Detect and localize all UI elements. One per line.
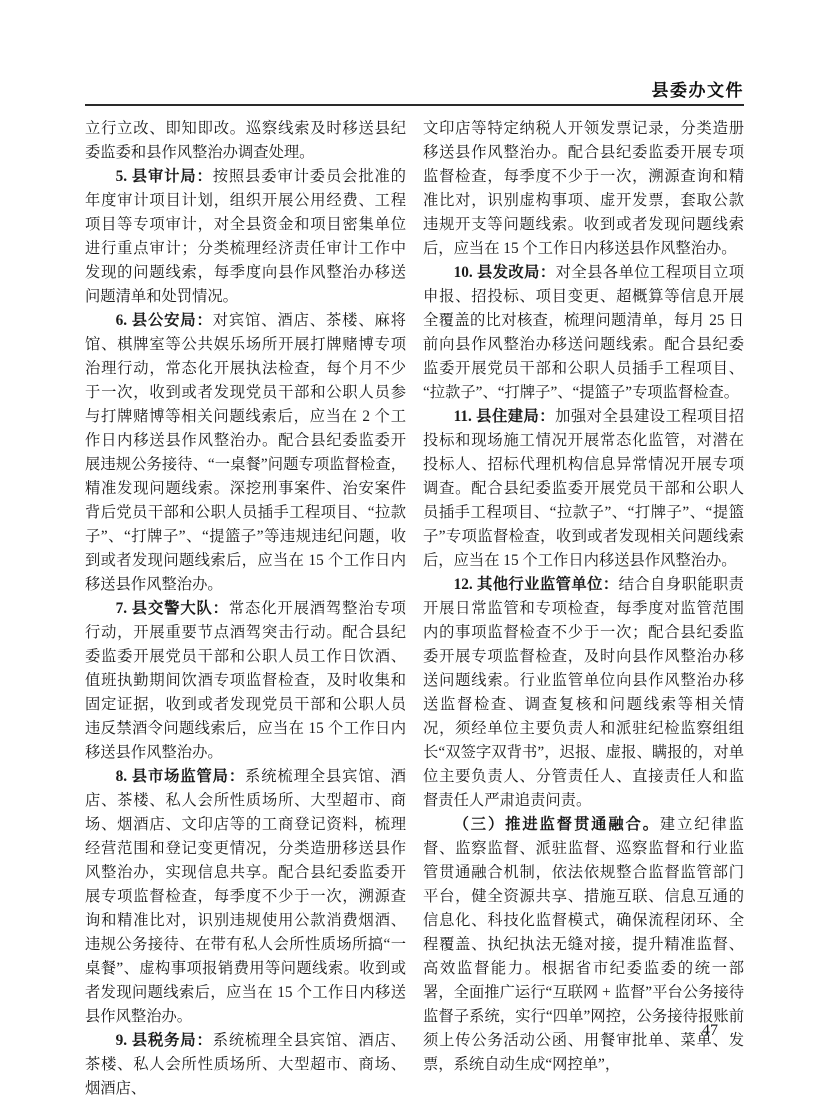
paragraph-lead: 7. 县交警大队： — [116, 600, 229, 617]
paragraph: 文印店等特定纳税人开领发票记录，分类造册移送县作风整治办。配合县纪委监委开展专项… — [423, 117, 744, 261]
paragraph: 立行立改、即知即改。巡察线索及时移送县纪委监委和县作风整治办调查处理。 — [85, 117, 406, 165]
paragraph: 7. 县交警大队：常态化开展酒驾整治专项行动，开展重要节点酒驾突击行动。配合县纪… — [85, 597, 406, 765]
paragraph: 8. 县市场监管局：系统梳理全县宾馆、酒店、茶楼、私人会所性质场所、大型超市、商… — [85, 765, 406, 1029]
paragraph: 12. 其他行业监管单位：结合自身职能职责开展日常监管和专项检查，每季度对监管范… — [423, 573, 744, 813]
paragraph: 11. 县住建局：加强对全县建设工程项目招投标和现场施工情况开展常态化监管，对潜… — [423, 405, 744, 573]
page-number: 47 — [702, 1022, 718, 1040]
paragraph: 9. 县税务局：系统梳理全县宾馆、酒店、茶楼、私人会所性质场所、大型超市、商场、… — [85, 1029, 406, 1099]
page-header-title: 县委办文件 — [652, 76, 745, 101]
document-page: 县委办文件 立行立改、即知即改。巡察线索及时移送县纪委监委和县作风整治办调查处理… — [0, 0, 816, 1099]
left-column: 立行立改、即知即改。巡察线索及时移送县纪委监委和县作风整治办调查处理。5. 县审… — [85, 117, 406, 1099]
paragraph-lead: 12. 其他行业监管单位： — [454, 576, 619, 593]
right-column: 文印店等特定纳税人开领发票记录，分类造册移送县作风整治办。配合县纪委监委开展专项… — [423, 117, 744, 1099]
text-columns: 立行立改、即知即改。巡察线索及时移送县纪委监委和县作风整治办调查处理。5. 县审… — [85, 117, 744, 1099]
paragraph-lead: 9. 县税务局： — [116, 1032, 213, 1049]
paragraph-lead: 6. 县公安局： — [116, 312, 213, 329]
paragraph: 6. 县公安局：对宾馆、酒店、茶楼、麻将馆、棋牌室等公共娱乐场所开展打牌赌博专项… — [85, 309, 406, 597]
paragraph-lead: （三）推进监督贯通融合。 — [454, 816, 660, 833]
paragraph-lead: 11. 县住建局： — [454, 408, 556, 425]
paragraph: （三）推进监督贯通融合。建立纪律监督、监察监督、派驻监督、巡察监督和行业监管贯通… — [423, 813, 744, 1077]
paragraph: 5. 县审计局：按照县委审计委员会批准的年度审计项目计划，组织开展公用经费、工程… — [85, 165, 406, 309]
paragraph-lead: 5. 县审计局： — [116, 168, 213, 185]
paragraph-lead: 10. 县发改局： — [454, 264, 556, 281]
header-rule — [85, 104, 744, 106]
paragraph: 10. 县发改局：对全县各单位工程项目立项申报、招投标、项目变更、超概算等信息开… — [423, 261, 744, 405]
paragraph-lead: 8. 县市场监管局： — [116, 768, 245, 785]
